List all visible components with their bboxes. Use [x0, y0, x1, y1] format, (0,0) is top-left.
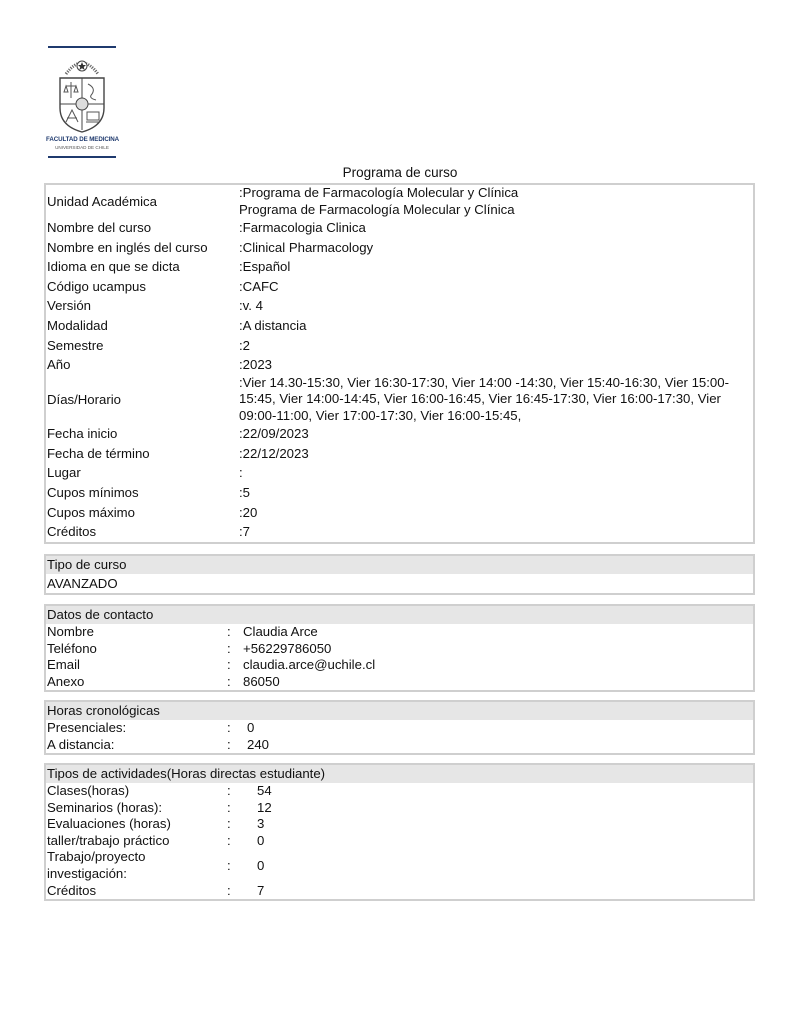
activity-types-section: Tipos de actividades(Horas directas estu… — [44, 763, 755, 901]
field-label: Teléfono — [46, 641, 227, 658]
separator: : — [227, 720, 243, 737]
table-row: Lugar : — [46, 463, 753, 483]
table-row: Clases(horas) : 54 — [46, 783, 753, 800]
field-value: :Vier 14.30-15:30, Vier 16:30-17:30, Vie… — [239, 375, 753, 425]
table-row: Cupos máximo :20 — [46, 503, 753, 523]
logo-top-rule — [48, 46, 116, 48]
field-label: Créditos — [46, 522, 239, 542]
field-label: Código ucampus — [46, 277, 239, 297]
field-value: :CAFC — [239, 277, 753, 297]
table-row: Semestre :2 — [46, 336, 753, 356]
field-label: Unidad Académica — [46, 185, 239, 218]
field-label: A distancia: — [46, 737, 227, 754]
field-value: :20 — [239, 503, 753, 523]
field-label: Trabajo/proyecto investigación: — [46, 849, 197, 882]
separator: : — [227, 737, 243, 754]
field-value: :Programa de Farmacología Molecular y Cl… — [239, 185, 753, 218]
table-row: Trabajo/proyecto investigación: : 0 — [46, 849, 753, 882]
field-value: 7 — [243, 883, 753, 900]
table-row: Créditos :7 — [46, 522, 753, 542]
separator: : — [227, 816, 243, 833]
table-row: A distancia: : 240 — [46, 737, 753, 754]
field-label: taller/trabajo práctico — [46, 833, 227, 850]
field-label: Fecha de término — [46, 444, 239, 464]
field-value: :7 — [239, 522, 753, 542]
field-value: :A distancia — [239, 316, 753, 336]
field-value: 0 — [243, 833, 753, 850]
field-value: :5 — [239, 483, 753, 503]
table-row: Unidad Académica :Programa de Farmacolog… — [46, 185, 753, 218]
field-label: Año — [46, 355, 239, 375]
table-row: Presenciales: : 0 — [46, 720, 753, 737]
table-row: Seminarios (horas): : 12 — [46, 800, 753, 817]
section-heading: Tipos de actividades(Horas directas estu… — [46, 765, 753, 783]
university-crest-icon — [52, 52, 112, 134]
table-row: Cupos mínimos :5 — [46, 483, 753, 503]
table-row: Nombre del curso :Farmacologia Clinica — [46, 218, 753, 238]
field-label: Créditos — [46, 883, 227, 900]
separator: : — [227, 674, 243, 691]
field-label: Idioma en que se dicta — [46, 257, 239, 277]
table-row: Días/Horario :Vier 14.30-15:30, Vier 16:… — [46, 375, 753, 425]
field-label: Versión — [46, 296, 239, 316]
separator: : — [227, 800, 243, 817]
table-row: Créditos : 7 — [46, 883, 753, 900]
table-row: Versión :v. 4 — [46, 296, 753, 316]
field-value: 12 — [243, 800, 753, 817]
field-value: :2023 — [239, 355, 753, 375]
field-value: :Español — [239, 257, 753, 277]
table-row: Nombre en inglés del curso :Clinical Pha… — [46, 238, 753, 258]
table-row: Evaluaciones (horas) : 3 — [46, 816, 753, 833]
field-label: Anexo — [46, 674, 227, 691]
field-value: 0 — [243, 849, 753, 882]
field-value: 86050 — [243, 674, 753, 691]
field-value: Claudia Arce — [243, 624, 753, 641]
section-heading: Datos de contacto — [46, 606, 753, 624]
table-row: Año :2023 — [46, 355, 753, 375]
field-label: Nombre del curso — [46, 218, 239, 238]
field-value: :22/12/2023 — [239, 444, 753, 464]
field-label: Presenciales: — [46, 720, 227, 737]
section-heading: Horas cronológicas — [46, 702, 753, 720]
separator: : — [227, 833, 243, 850]
course-type-value: AVANZADO — [46, 574, 753, 593]
table-row: Email : claudia.arce@uchile.cl — [46, 657, 753, 674]
table-row: Idioma en que se dicta :Español — [46, 257, 753, 277]
separator: : — [227, 783, 243, 800]
separator: : — [227, 849, 243, 882]
table-row: Teléfono : +56229786050 — [46, 641, 753, 658]
field-value: :2 — [239, 336, 753, 356]
field-label: Modalidad — [46, 316, 239, 336]
field-value: :v. 4 — [239, 296, 753, 316]
logo-bottom-rule — [48, 156, 116, 158]
field-value: 240 — [243, 737, 753, 754]
separator: : — [227, 624, 243, 641]
table-row: Fecha de término :22/12/2023 — [46, 444, 753, 464]
general-info-table: Unidad Académica :Programa de Farmacolog… — [44, 183, 755, 544]
field-label: Cupos mínimos — [46, 483, 239, 503]
field-label: Semestre — [46, 336, 239, 356]
field-label: Evaluaciones (horas) — [46, 816, 227, 833]
separator: : — [227, 657, 243, 674]
table-row: Fecha inicio :22/09/2023 — [46, 424, 753, 444]
field-value: : — [239, 463, 753, 483]
field-label: Nombre — [46, 624, 227, 641]
field-value: :Clinical Pharmacology — [239, 238, 753, 258]
field-value: :Farmacologia Clinica — [239, 218, 753, 238]
table-row: Código ucampus :CAFC — [46, 277, 753, 297]
field-label: Seminarios (horas): — [46, 800, 227, 817]
field-label: Nombre en inglés del curso — [46, 238, 239, 258]
table-row: Nombre : Claudia Arce — [46, 624, 753, 641]
separator: : — [227, 883, 243, 900]
logo-faculty-name: FACULTAD DE MEDICINA — [46, 136, 118, 143]
field-value: :22/09/2023 — [239, 424, 753, 444]
table-row: Modalidad :A distancia — [46, 316, 753, 336]
table-row: Anexo : 86050 — [46, 674, 753, 691]
field-value: 54 — [243, 783, 753, 800]
field-value: 3 — [243, 816, 753, 833]
document-title: Programa de curso — [0, 165, 800, 180]
course-type-section: Tipo de curso AVANZADO — [44, 554, 755, 595]
field-label: Fecha inicio — [46, 424, 239, 444]
field-label: Email — [46, 657, 227, 674]
field-value: +56229786050 — [243, 641, 753, 658]
field-label: Días/Horario — [46, 375, 239, 425]
section-heading: Tipo de curso — [46, 556, 753, 574]
chronological-hours-section: Horas cronológicas Presenciales: : 0 A d… — [44, 700, 755, 755]
contact-section: Datos de contacto Nombre : Claudia Arce … — [44, 604, 755, 692]
logo-university-name: UNIVERSIDAD DE CHILE — [46, 145, 118, 150]
separator: : — [227, 641, 243, 658]
field-value: 0 — [243, 720, 753, 737]
table-row: taller/trabajo práctico : 0 — [46, 833, 753, 850]
faculty-logo: FACULTAD DE MEDICINA UNIVERSIDAD DE CHIL… — [46, 46, 118, 160]
email-value[interactable]: claudia.arce@uchile.cl — [243, 657, 753, 674]
field-label: Cupos máximo — [46, 503, 239, 523]
field-label: Lugar — [46, 463, 239, 483]
field-label: Clases(horas) — [46, 783, 227, 800]
